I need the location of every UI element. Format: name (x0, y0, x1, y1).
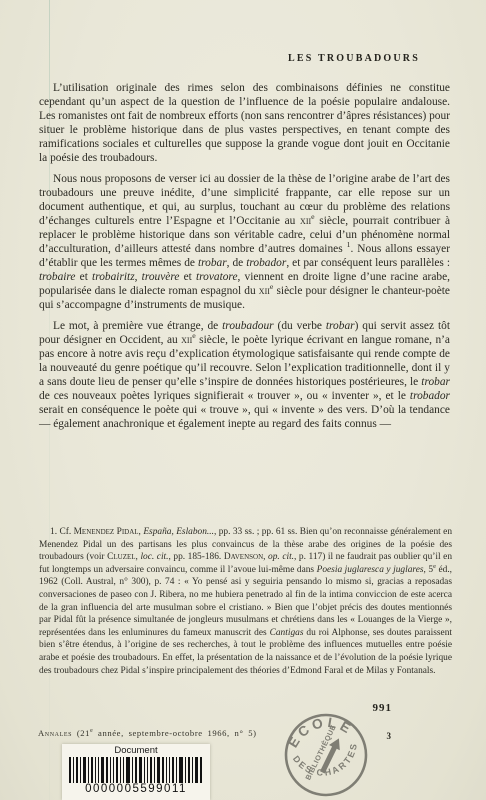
svg-text:DES CHARTES: DES CHARTES (290, 739, 366, 785)
page-number: 991 (373, 702, 393, 714)
journal-citation: Annales (21e année, septembre-octobre 19… (38, 728, 257, 738)
running-head: LES TROUBADOURS (288, 53, 420, 64)
barcode-label-text: Document (62, 744, 210, 756)
stamp-top-text: ECOLE (281, 708, 359, 753)
stamp-middle-text: BIBLIOTHÈQUE (303, 723, 338, 781)
stamp-bottom-text: DES CHARTES (290, 739, 366, 785)
paragraph: Nous nous proposons de verser ici au dos… (39, 172, 450, 312)
paragraph: L’utilisation originale des rimes selon … (39, 81, 450, 165)
library-stamp: ECOLE DES CHARTES BIBLIOTHÈQUE (274, 703, 378, 800)
paragraph: Le mot, à première vue étrange, de troub… (39, 319, 450, 431)
body-text: L’utilisation originale des rimes selon … (39, 81, 450, 438)
barcode-number: 0000005599011 (62, 783, 210, 796)
stamp-arrow-icon (317, 736, 344, 775)
barcode-sticker: Document 0 (62, 744, 210, 800)
svg-text:ECOLE: ECOLE (281, 708, 359, 753)
footnote: 1. Cf. Menendez Pidal, España, Eslabon..… (39, 526, 452, 677)
signature-number: 3 (387, 731, 392, 741)
scanned-document-page: LES TROUBADOURS L’utilisation originale … (0, 0, 486, 800)
barcode-bars (69, 757, 203, 783)
